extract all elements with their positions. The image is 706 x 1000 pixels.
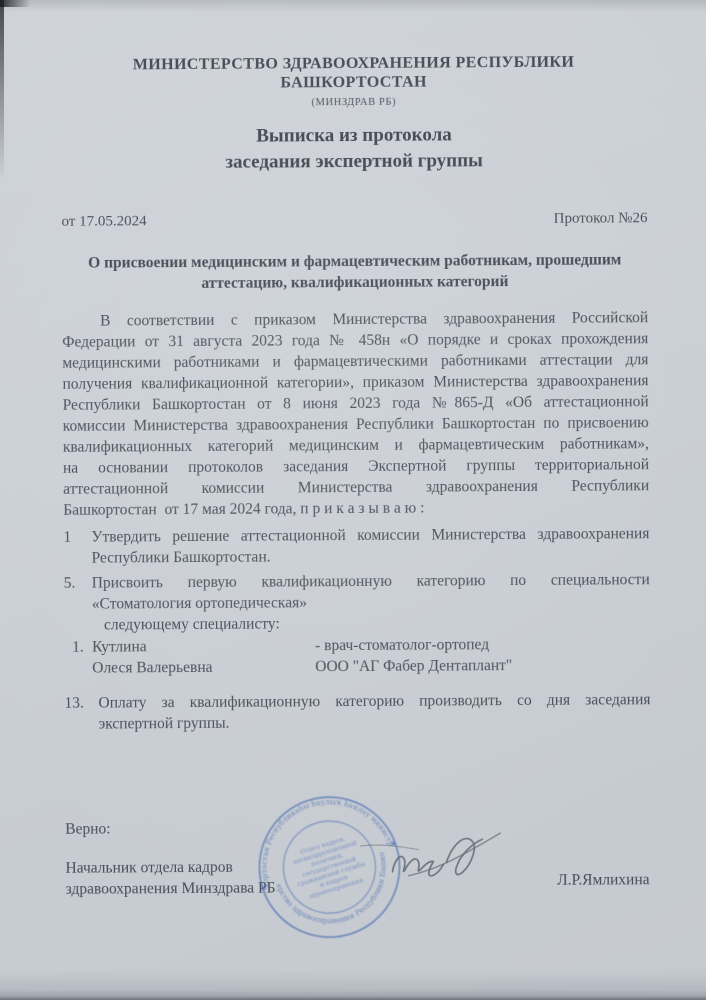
item-number: 13. — [64, 693, 98, 735]
order-item-1: 1 Утвердить решение аттестационной комис… — [63, 523, 649, 569]
specialist-organization: ООО "АГ Фабер Дентаплант" — [315, 654, 650, 677]
item-line: Оплату за квалификационную категорию про… — [98, 689, 650, 713]
item-line: следующему специалисту: — [104, 611, 650, 635]
document-title: Выписка из протокола — [61, 122, 647, 150]
signer-name: Л.Р.Ямлихина — [557, 854, 650, 897]
specialist-given-name: Олеся Валерьевна — [92, 656, 315, 678]
specialist-surname: Кутлина — [92, 635, 315, 657]
item-number: 1 — [63, 527, 91, 569]
specialist-number: 1. — [72, 637, 92, 679]
order-item-13: 13. Оплату за квалификационную категорию… — [64, 689, 650, 735]
body-paragraph: В соответствии с приказом Министерства з… — [62, 307, 649, 521]
specialist-details: - врач-стоматолог-ортопед ООО "АГ Фабер … — [315, 633, 650, 677]
specialist-position: - врач-стоматолог-ортопед — [315, 633, 650, 656]
signature-stroke — [446, 838, 482, 874]
signature-stroke — [360, 845, 418, 850]
subject-line: О присвоении медицинским и фармацевтичес… — [62, 249, 648, 274]
meta-row: от 17.05.2024 Протокол №26 — [61, 208, 647, 233]
ministry-abbreviation: (МИНЗДРАВ РБ) — [61, 94, 647, 111]
order-item-5: 5. Присвоить первую квалификационную кат… — [64, 569, 650, 636]
protocol-number: Протокол №26 — [554, 208, 648, 230]
document-date: от 17.05.2024 — [61, 211, 146, 233]
specialist-name: Кутлина Олеся Валерьевна — [92, 635, 315, 678]
body-line: Башкортостан от 17 мая 2024 года, п р и … — [63, 496, 649, 521]
document-subtitle: заседания экспертной группы — [61, 148, 647, 176]
item-text: Утвердить решение аттестационной комисси… — [91, 523, 649, 568]
item-text: Оплату за квалификационную категорию про… — [98, 689, 650, 734]
item-line: Утвердить решение аттестационной комисси… — [91, 523, 649, 547]
body-line: аттестационной комиссии Министерства здр… — [63, 475, 649, 500]
subject-line: аттестацию, квалификационных категорий — [62, 270, 648, 295]
specialist-row: 1. Кутлина Олеся Валерьевна - врач-стома… — [72, 633, 650, 679]
item-line: Республики Башкортостан. — [92, 544, 650, 568]
document-photo: МИНИСТЕРСТВО ЗДРАВООХРАНЕНИЯ РЕСПУБЛИКИ … — [0, 0, 706, 1000]
item-line: Присвоить первую квалификационную катего… — [92, 569, 650, 593]
ministry-name: МИНИСТЕРСТВО ЗДРАВООХРАНЕНИЯ РЕСПУБЛИКИ … — [61, 52, 647, 94]
signature-stroke — [408, 833, 500, 876]
item-line: экспертной группы. — [99, 710, 651, 734]
item-text: Присвоить первую квалификационную катего… — [92, 569, 650, 635]
signature — [358, 807, 529, 893]
document-page: МИНИСТЕРСТВО ЗДРАВООХРАНЕНИЯ РЕСПУБЛИКИ … — [0, 0, 706, 1000]
subject-heading: О присвоении медицинским и фармацевтичес… — [62, 249, 648, 295]
item-number: 5. — [64, 573, 92, 636]
